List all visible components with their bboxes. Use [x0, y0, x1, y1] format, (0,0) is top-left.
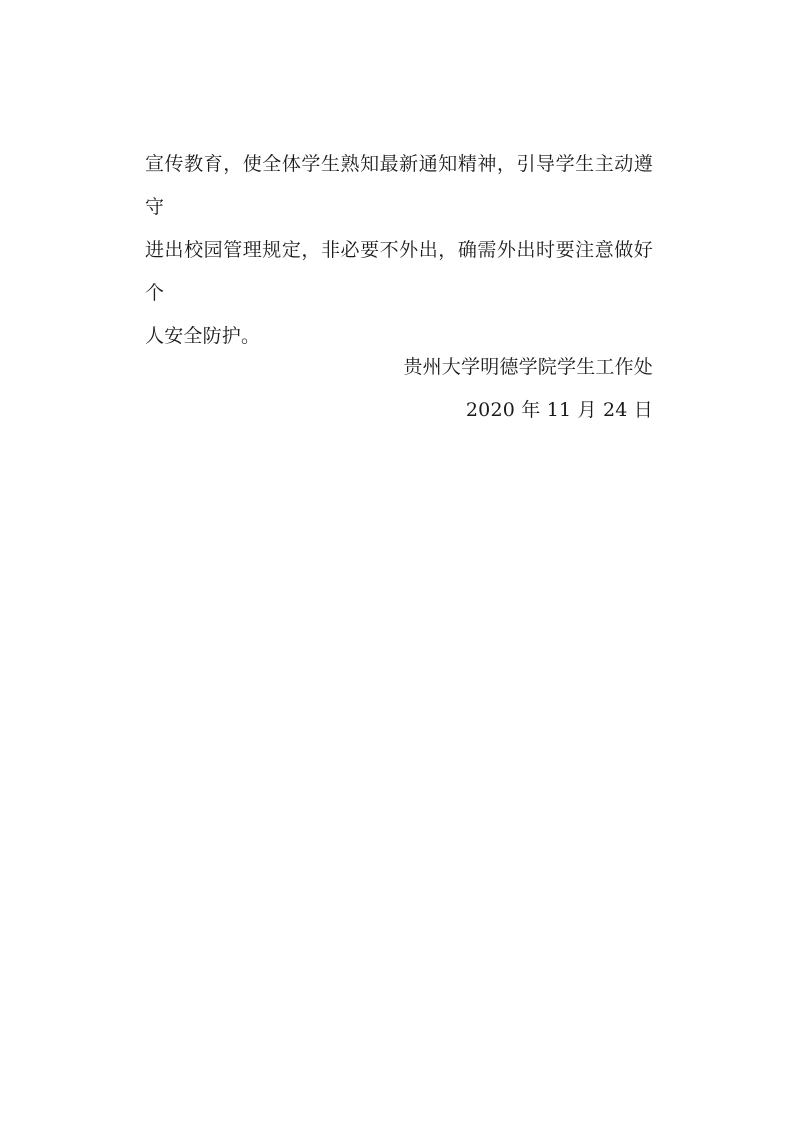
document-page: 宣传教育，使全体学生熟知最新通知精神，引导学生主动遵守 进出校园管理规定，非必要… [0, 0, 793, 1122]
signature-block: 贵州大学明德学院学生工作处 2020 年 11 月 24 日 [145, 346, 653, 432]
signature-date: 2020 年 11 月 24 日 [145, 389, 653, 432]
body-line-2: 进出校园管理规定，非必要不外出，确需外出时要注意做好个 [145, 229, 653, 315]
signature-organization: 贵州大学明德学院学生工作处 [145, 346, 653, 389]
body-line-1: 宣传教育，使全体学生熟知最新通知精神，引导学生主动遵守 [145, 143, 653, 229]
body-paragraph: 宣传教育，使全体学生熟知最新通知精神，引导学生主动遵守 进出校园管理规定，非必要… [145, 143, 653, 358]
